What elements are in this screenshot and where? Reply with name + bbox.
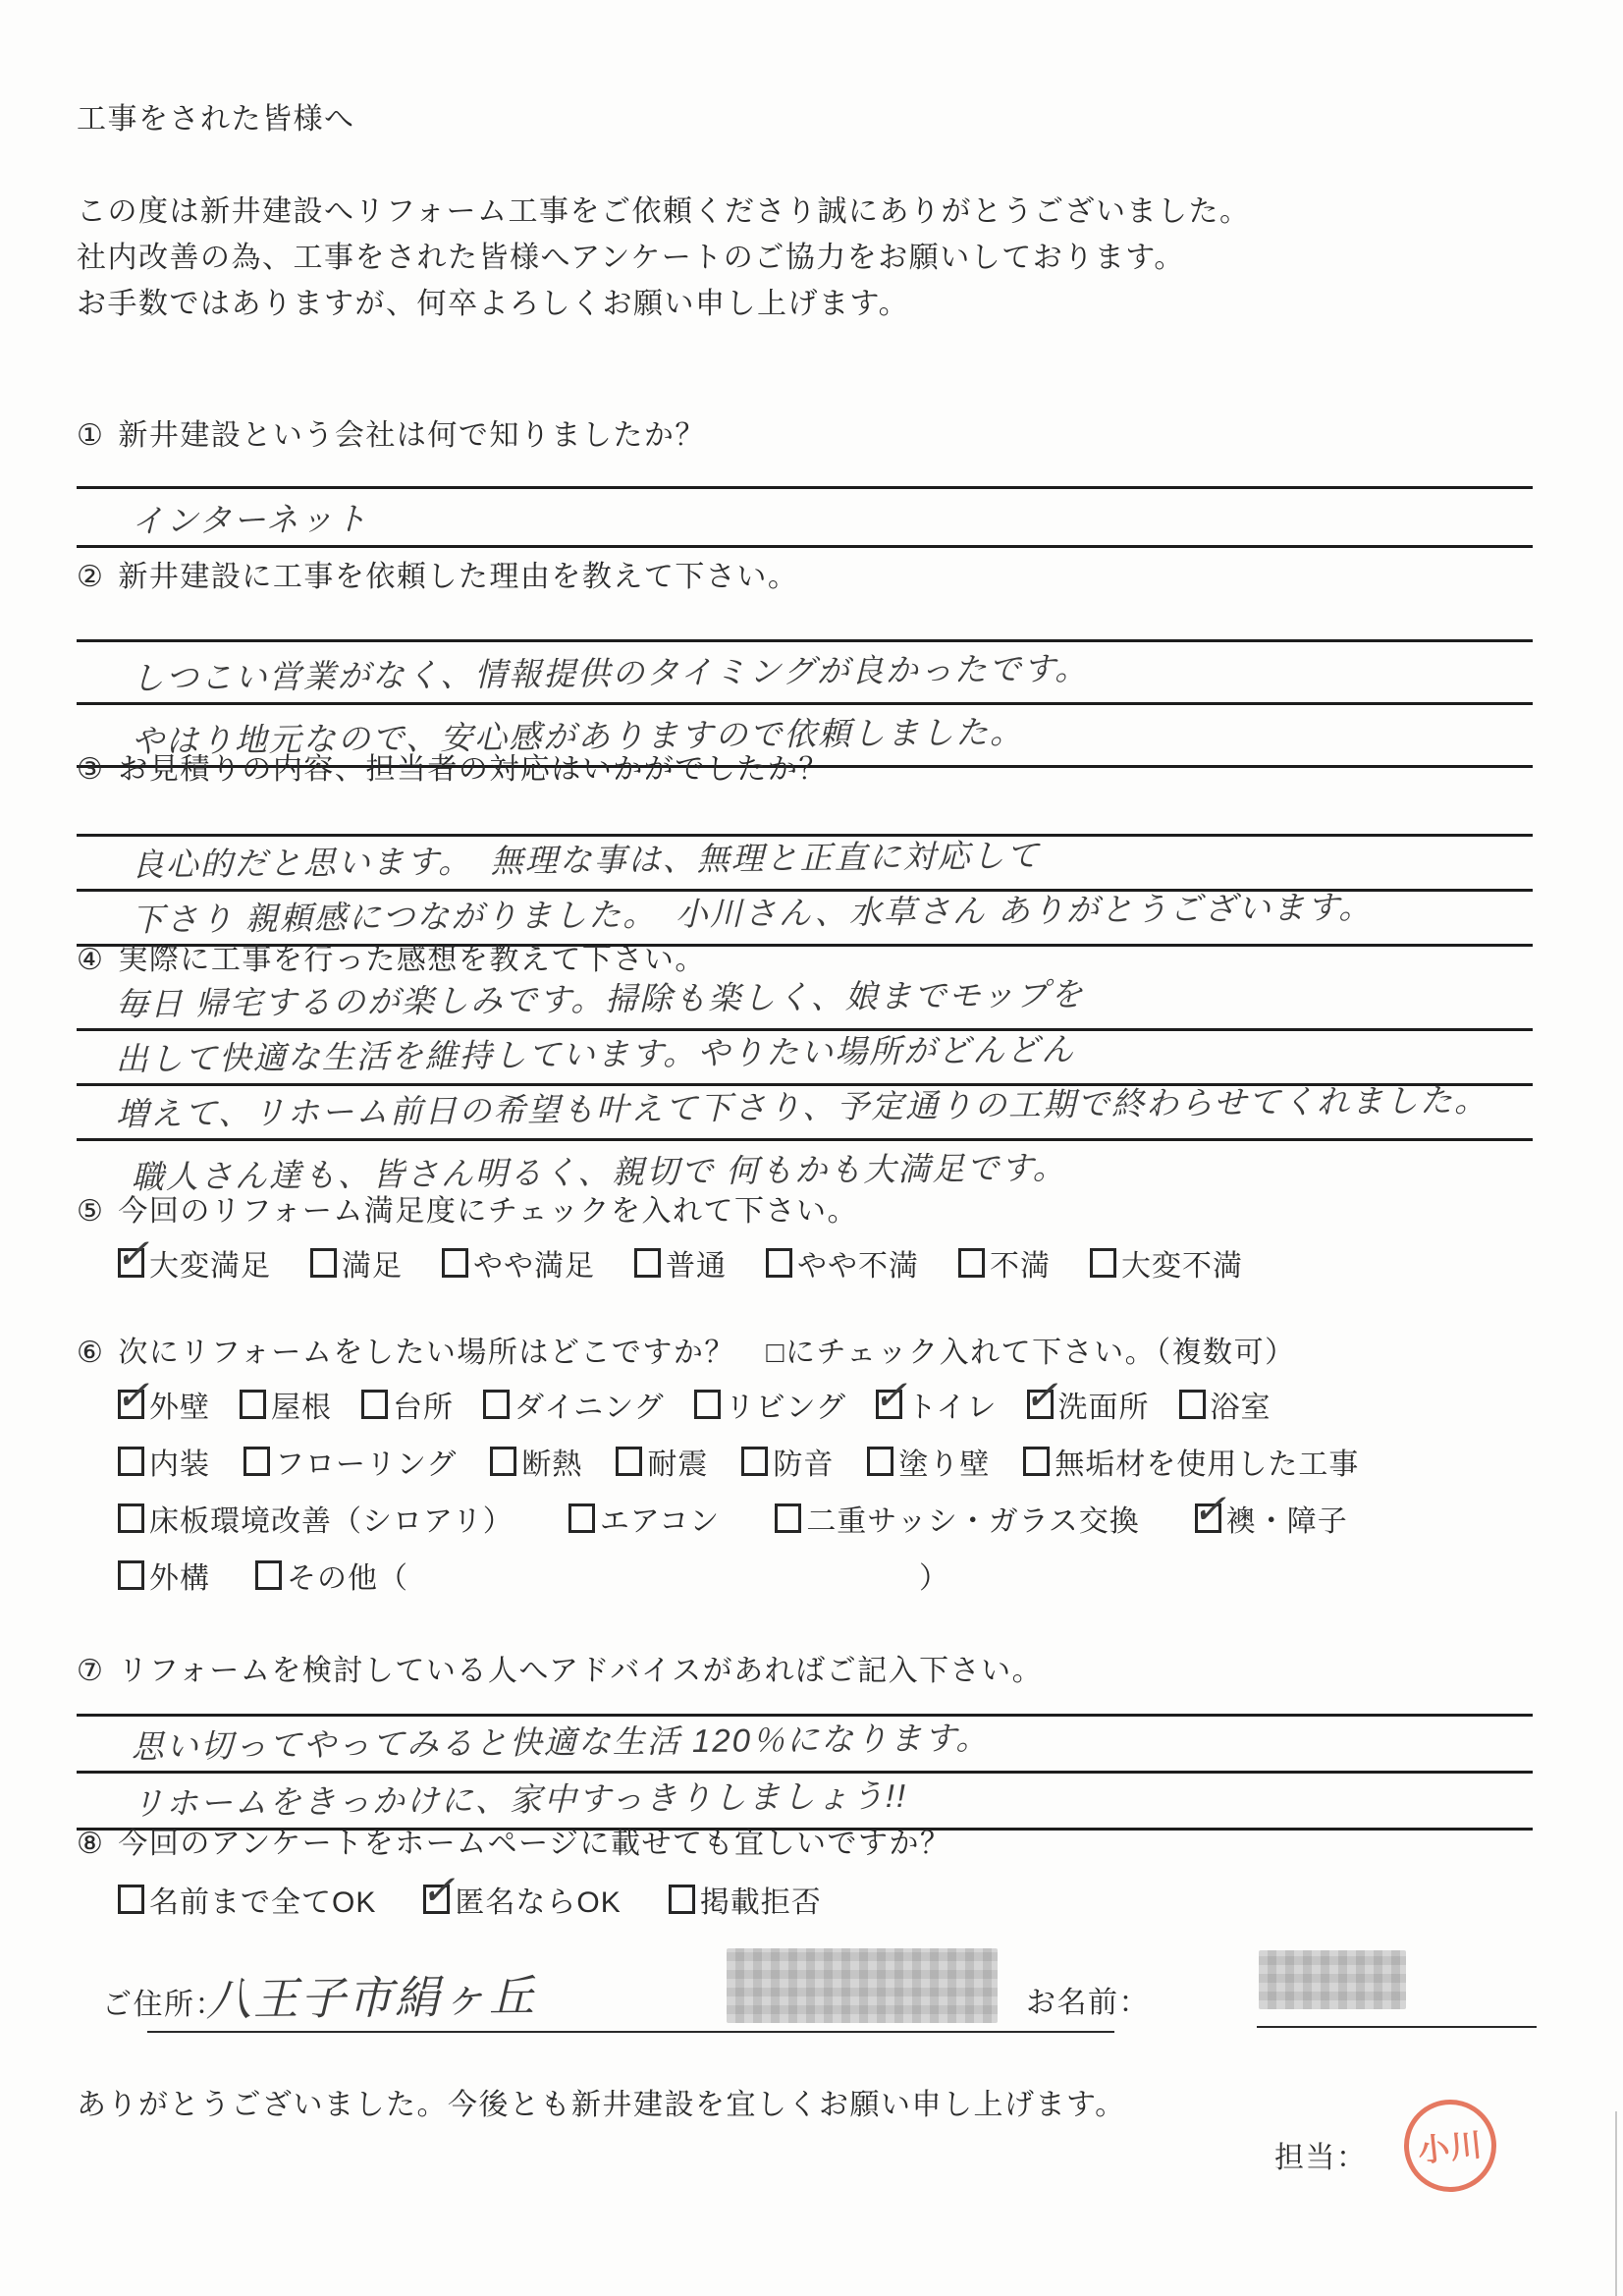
checkbox-icon <box>669 1885 695 1914</box>
checkbox-option-gaikou[interactable]: 外構 <box>118 1554 210 1597</box>
checkbox-label: 名前まで全てOK <box>149 1878 376 1921</box>
checkbox-label: 不満 <box>990 1241 1051 1285</box>
checkbox-icon <box>490 1447 516 1476</box>
checkbox-icon <box>766 1248 792 1278</box>
privacy-blur-address <box>727 1948 998 2023</box>
question-text: 新井建設に工事を依頼した理由を教えて下さい。 <box>118 561 798 593</box>
privacy-blur-name <box>1259 1950 1406 2009</box>
staff-label: 担当： <box>1274 2133 1368 2176</box>
question-number: ⑤ <box>77 1195 104 1228</box>
question-text: 次にリフォームをしたい場所はどこですか？ □にチェック入れて下さい。（複数可） <box>118 1337 1295 1369</box>
answer-line[interactable]: 思い切ってやってみると快適な生活 120％になります。 <box>77 1717 1533 1774</box>
checkbox-option-yane[interactable]: 屋根 <box>240 1383 332 1426</box>
checkbox-option-aircon[interactable]: エアコン <box>568 1497 721 1540</box>
reform-place-row-4: 外構 その他（） <box>118 1552 1533 1599</box>
question-number: ⑥ <box>77 1337 104 1369</box>
handwritten-address: 八王子市絹ヶ丘 <box>205 1960 536 2029</box>
checkbox-option-fusuma-shoji[interactable]: 襖・障子 <box>1195 1497 1348 1540</box>
checkbox-label: 防音 <box>773 1440 834 1483</box>
answer-area: 毎日 帰宅するのが楽しみです。掃除も楽しく、娘までモップを 出して快適な生活を維… <box>77 978 1533 1201</box>
checkbox-label: 大変満足 <box>149 1241 271 1285</box>
checkbox-icon <box>361 1390 388 1419</box>
checkbox-label: ダイニング <box>514 1383 665 1426</box>
name-underline[interactable] <box>1257 2026 1537 2028</box>
checkbox-option-anonymous-ok[interactable]: 匿名ならOK <box>423 1878 621 1921</box>
checkbox-option-satisfied[interactable]: 満足 <box>310 1241 403 1285</box>
checkbox-icon <box>1027 1390 1054 1419</box>
handwritten-answer: 毎日 帰宅するのが楽しみです。掃除も楽しく、娘までモップを <box>116 969 1085 1025</box>
checkbox-label: やや不満 <box>797 1241 919 1285</box>
checkbox-label: 断熱 <box>521 1440 582 1483</box>
question-title: ⑥次にリフォームをしたい場所はどこですか？ □にチェック入れて下さい。（複数可） <box>77 1328 1533 1371</box>
checkbox-label: エアコン <box>600 1497 721 1540</box>
checkbox-label: やや満足 <box>473 1241 595 1285</box>
question-1: ①新井建設という会社は何で知りましたか？ インターネット <box>77 410 1533 548</box>
checkbox-icon <box>423 1885 450 1914</box>
question-6: ⑥次にリフォームをしたい場所はどこですか？ □にチェック入れて下さい。（複数可）… <box>77 1328 1533 1599</box>
checkbox-option-somewhat-dissatisfied[interactable]: やや不満 <box>766 1241 919 1285</box>
checkbox-option-toilet[interactable]: トイレ <box>876 1383 998 1426</box>
checkbox-option-nurikabe[interactable]: 塗り壁 <box>867 1440 990 1483</box>
checkbox-option-very-satisfied[interactable]: 大変満足 <box>118 1241 271 1285</box>
reform-place-row-2: 内装 フローリング 断熱 耐震 防音 塗り壁 無垢材を使用した工事 <box>118 1438 1533 1485</box>
checkbox-option-yokushitsu[interactable]: 浴室 <box>1179 1383 1271 1426</box>
question-title: ①新井建設という会社は何で知りましたか？ <box>77 410 1533 454</box>
answer-line[interactable] <box>77 454 1533 489</box>
answer-line[interactable] <box>77 595 1533 642</box>
address-underline[interactable] <box>147 2031 1114 2033</box>
checkbox-option-living[interactable]: リビング <box>694 1383 846 1426</box>
checkbox-label: その他（ <box>287 1554 408 1597</box>
checkbox-icon <box>118 1390 144 1419</box>
question-text: 今回のリフォーム満足度にチェックを入れて下さい。 <box>118 1195 858 1228</box>
checkbox-icon <box>694 1390 721 1419</box>
question-number: ⑦ <box>77 1655 104 1687</box>
scan-edge-artifact <box>1615 2111 1617 2296</box>
checkbox-option-dining[interactable]: ダイニング <box>483 1383 665 1426</box>
checkbox-icon <box>1179 1390 1206 1419</box>
checkbox-option-dissatisfied[interactable]: 不満 <box>958 1241 1051 1285</box>
question-text: リフォームを検討している人へアドバイスがあればご記入下さい。 <box>118 1655 1043 1687</box>
question-3: ③お見積りの内容、担当者の対応はいかがでしたか？ 良心的だと思います。 無理な事… <box>77 744 1533 947</box>
checkbox-icon <box>118 1503 144 1533</box>
checkbox-label: 外構 <box>149 1554 210 1597</box>
question-title: ②新井建設に工事を依頼した理由を教えて下さい。 <box>77 552 1533 595</box>
checkbox-icon <box>775 1503 801 1533</box>
checkbox-label: 無垢材を使用した工事 <box>1055 1440 1359 1483</box>
handwritten-answer: しつこい営業がなく、情報提供のタイミングが良かったです。 <box>132 643 1090 699</box>
question-text: 今回のアンケートをホームページに載せても宜しいですか？ <box>118 1828 950 1860</box>
question-text: 実際に工事を行った感想を教えて下さい。 <box>118 944 706 976</box>
question-number: ④ <box>77 944 104 976</box>
checkbox-option-naisou[interactable]: 内装 <box>118 1440 210 1483</box>
question-number: ③ <box>77 753 104 786</box>
checkbox-option-bouon[interactable]: 防音 <box>741 1440 834 1483</box>
question-8: ⑧今回のアンケートをホームページに載せても宜しいですか？ 名前まで全てOK 匿名… <box>77 1819 1533 1923</box>
reform-place-row-3: 床板環境改善（シロアリ） エアコン 二重サッシ・ガラス交換 襖・障子 <box>118 1495 1533 1542</box>
checkbox-icon <box>310 1248 337 1278</box>
checkbox-icon <box>616 1447 642 1476</box>
checkbox-icon <box>118 1248 144 1278</box>
checkbox-icon <box>741 1447 768 1476</box>
question-title: ⑤今回のリフォーム満足度にチェックを入れて下さい。 <box>77 1186 1533 1230</box>
checkbox-option-taishin[interactable]: 耐震 <box>616 1440 708 1483</box>
checkbox-label: 内装 <box>149 1440 210 1483</box>
checkbox-option-senmenjo[interactable]: 洗面所 <box>1027 1383 1150 1426</box>
question-title: ③お見積りの内容、担当者の対応はいかがでしたか？ <box>77 744 1533 788</box>
checkbox-option-very-dissatisfied[interactable]: 大変不満 <box>1090 1241 1243 1285</box>
checkbox-label: 外壁 <box>149 1383 210 1426</box>
scanned-survey-page: 工事をされた皆様へ この度は新井建設へリフォーム工事をご依頼くださり誠にありがと… <box>0 0 1623 2296</box>
question-number: ⑧ <box>77 1828 104 1860</box>
checkbox-label: 匿名ならOK <box>455 1878 621 1921</box>
checkbox-option-mukuzai[interactable]: 無垢材を使用した工事 <box>1023 1440 1359 1483</box>
name-label: お名前： <box>1026 1978 1150 2021</box>
checkbox-option-refuse[interactable]: 掲載拒否 <box>669 1878 822 1921</box>
answer-line[interactable] <box>77 788 1533 837</box>
checkbox-label: 耐震 <box>647 1440 708 1483</box>
checkbox-label: 満足 <box>342 1241 403 1285</box>
checkbox-icon <box>1023 1447 1050 1476</box>
checkbox-icon <box>483 1390 510 1419</box>
checkbox-option-shiroari[interactable]: 床板環境改善（シロアリ） <box>118 1497 514 1540</box>
checkbox-icon <box>118 1885 144 1914</box>
question-text: 新井建設という会社は何で知りましたか？ <box>118 419 706 452</box>
greeting-text: 工事をされた皆様へ <box>77 94 1533 137</box>
intro-section: この度は新井建設へリフォーム工事をご依頼くださり誠にありがとうございました。 社… <box>77 189 1533 327</box>
checkbox-label: 洗面所 <box>1058 1383 1150 1426</box>
checkbox-icon <box>1195 1503 1221 1533</box>
intro-line: 社内改善の為、工事をされた皆様へアンケートのご協力をお願いしております。 <box>77 235 1533 281</box>
checkbox-icon <box>876 1390 902 1419</box>
checkbox-label: 二重サッシ・ガラス交換 <box>806 1497 1140 1540</box>
answer-area: インターネット <box>77 454 1533 548</box>
answer-line[interactable]: しつこい営業がなく、情報提供のタイミングが良かったです。 <box>77 642 1533 705</box>
answer-area: 思い切ってやってみると快適な生活 120％になります。 リホームをきっかけに、家… <box>77 1689 1533 1831</box>
checkbox-label: 大変不満 <box>1121 1241 1243 1285</box>
checkbox-label: 台所 <box>393 1383 454 1426</box>
hanko-stamp-text: 小川 <box>1416 2120 1485 2172</box>
checkbox-option-gaiheki[interactable]: 外壁 <box>118 1383 210 1426</box>
checkbox-label: 襖・障子 <box>1226 1497 1348 1540</box>
handwritten-answer: 良心的だと思います。 無理な事は、無理と正直に対応して <box>132 830 1041 886</box>
checkbox-option-other[interactable]: その他（） <box>255 1554 949 1597</box>
handwritten-answer: リホームをきっかけに、家中すっきりしましょう!! <box>132 1771 908 1825</box>
question-4: ④実際に工事を行った感想を教えて下さい。 毎日 帰宅するのが楽しみです。掃除も楽… <box>77 935 1533 1201</box>
checkbox-icon <box>958 1248 985 1278</box>
intro-line: お手数ではありますが、何卒よろしくお願い申し上げます。 <box>77 281 1533 327</box>
greeting-section: 工事をされた皆様へ <box>77 94 1533 137</box>
satisfaction-options: 大変満足 満足 やや満足 普通 やや不満 不満 大変不満 <box>118 1239 1533 1286</box>
checkbox-icon <box>442 1248 468 1278</box>
answer-line[interactable]: インターネット <box>77 489 1533 548</box>
checkbox-icon <box>568 1503 595 1533</box>
checkbox-option-neutral[interactable]: 普通 <box>634 1241 727 1285</box>
answer-line[interactable]: 増えて、リホーム前日の希望も叶えて下さり、予定通りの工期で終わらせてくれました。 <box>77 1086 1533 1141</box>
checkbox-icon <box>255 1560 282 1590</box>
checkbox-label: 床板環境改善（シロアリ） <box>149 1497 514 1540</box>
publish-options: 名前まで全てOK 匿名ならOK 掲載拒否 <box>118 1876 1533 1923</box>
answer-area: 良心的だと思います。 無理な事は、無理と正直に対応して 下さり 親頼感につながり… <box>77 788 1533 947</box>
other-close-paren: ） <box>919 1554 949 1597</box>
checkbox-icon <box>243 1447 270 1476</box>
checkbox-label: 普通 <box>666 1241 727 1285</box>
answer-line[interactable]: 毎日 帰宅するのが楽しみです。掃除も楽しく、娘までモップを <box>77 978 1533 1031</box>
checkbox-icon <box>867 1447 893 1476</box>
handwritten-answer: 思い切ってやってみると快適な生活 120％になります。 <box>132 1713 991 1768</box>
checkbox-label: 屋根 <box>271 1383 332 1426</box>
answer-line[interactable] <box>77 1689 1533 1717</box>
closing-section: ありがとうございました。今後とも新井建設を宜しくお願い申し上げます。 <box>77 2080 1533 2123</box>
question-2: ②新井建設に工事を依頼した理由を教えて下さい。 しつこい営業がなく、情報提供のタ… <box>77 552 1533 768</box>
checkbox-label: 塗り壁 <box>898 1440 990 1483</box>
answer-area: しつこい営業がなく、情報提供のタイミングが良かったです。 やはり地元なので、安心… <box>77 595 1533 768</box>
checkbox-icon <box>634 1248 661 1278</box>
checkbox-label: 掲載拒否 <box>700 1878 822 1921</box>
question-number: ① <box>77 419 104 452</box>
question-number: ② <box>77 561 104 593</box>
checkbox-option-dannetsu[interactable]: 断熱 <box>490 1440 582 1483</box>
checkbox-icon <box>240 1390 266 1419</box>
checkbox-label: リビング <box>726 1383 846 1426</box>
question-text: お見積りの内容、担当者の対応はいかがでしたか？ <box>118 753 830 786</box>
address-name-section: ご住所： 八王子市絹ヶ丘 お名前： <box>77 1954 1533 2033</box>
reform-place-row-1: 外壁 屋根 台所 ダイニング リビング トイレ 洗面所 浴室 <box>118 1381 1533 1428</box>
checkbox-icon <box>118 1447 144 1476</box>
question-5: ⑤今回のリフォーム満足度にチェックを入れて下さい。 大変満足 満足 やや満足 普… <box>77 1186 1533 1286</box>
closing-text: ありがとうございました。今後とも新井建設を宜しくお願い申し上げます。 <box>77 2080 1533 2123</box>
handwritten-answer: インターネット <box>132 493 370 542</box>
checkbox-icon <box>118 1560 144 1590</box>
checkbox-label: 浴室 <box>1211 1383 1271 1426</box>
intro-line: この度は新井建設へリフォーム工事をご依頼くださり誠にありがとうございました。 <box>77 189 1533 235</box>
checkbox-option-daidokoro[interactable]: 台所 <box>361 1383 454 1426</box>
handwritten-answer: 出して快適な生活を維持しています。やりたい場所がどんどん <box>116 1024 1076 1080</box>
checkbox-option-full-name-ok[interactable]: 名前まで全てOK <box>118 1878 376 1921</box>
checkbox-icon <box>1090 1248 1116 1278</box>
checkbox-option-flooring[interactable]: フローリング <box>243 1440 457 1483</box>
question-title: ⑦リフォームを検討している人へアドバイスがあればご記入下さい。 <box>77 1646 1533 1689</box>
question-7: ⑦リフォームを検討している人へアドバイスがあればご記入下さい。 思い切ってやって… <box>77 1646 1533 1831</box>
checkbox-option-somewhat-satisfied[interactable]: やや満足 <box>442 1241 595 1285</box>
question-title: ⑧今回のアンケートをホームページに載せても宜しいですか？ <box>77 1819 1533 1862</box>
checkbox-option-sash-glass[interactable]: 二重サッシ・ガラス交換 <box>775 1497 1140 1540</box>
checkbox-label: フローリング <box>275 1440 457 1483</box>
checkbox-label: トイレ <box>907 1383 998 1426</box>
